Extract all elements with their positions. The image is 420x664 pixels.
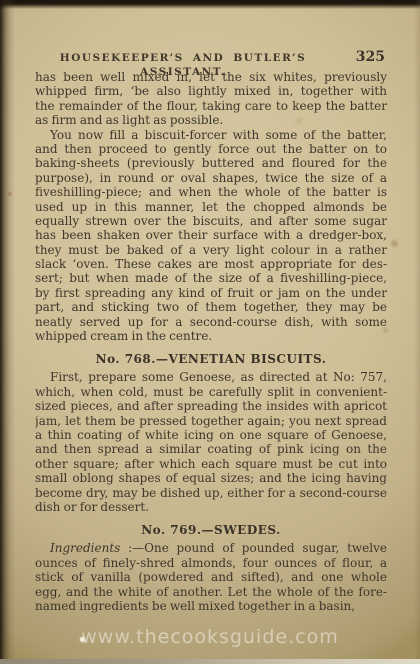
paragraph: has been well mixed in, let the six whit… — [35, 70, 387, 128]
scan-edge-right — [414, 0, 420, 664]
text-line: small oblong shapes of equal sizes; and … — [35, 471, 387, 485]
text-line: jam, let them be pressed together again;… — [35, 414, 387, 428]
recipe-heading: No. 768.—VENETIAN BISCUITS. — [35, 352, 387, 366]
text-line: baking-sheets (previously buttered and f… — [35, 156, 387, 170]
text-line: part, and sticking two of them together,… — [35, 300, 387, 314]
text-line: they must be baked of a very light colou… — [35, 243, 387, 257]
text-line: has been shaken over their surface with … — [35, 228, 387, 242]
paper-stain — [391, 240, 398, 247]
text-line: other square; after which each square mu… — [35, 457, 387, 471]
text-line: dish or for dessert. — [35, 500, 387, 514]
text-line: has been well mixed in, let the six whit… — [35, 70, 387, 84]
text-line: equally strewn over the biscuits, and af… — [35, 214, 387, 228]
text-line: whipped firm, ‘be also lightly mixed in,… — [35, 84, 387, 98]
page-number: 325 — [356, 49, 385, 65]
text-line: become dry, may be dished up, either for… — [35, 486, 387, 500]
text-line: fiveshilling-piece; and when the whole o… — [35, 185, 387, 199]
scan-edge-left — [0, 0, 15, 664]
text-line: as firm and as light as possible. — [35, 113, 387, 127]
text-line: neatly served up for a second-course dis… — [35, 315, 387, 329]
running-header: HOUSEKEEPER’S AND BUTLER’S ASSISTANT. 32… — [35, 51, 387, 65]
text-line: named ingredients be well mixed together… — [35, 599, 387, 613]
text-line: First, prepare some Genoese, as directed… — [35, 370, 387, 384]
text-line: ounces of finely-shred almonds, four oun… — [35, 556, 387, 570]
text-line: sized pieces, and after spreading the in… — [35, 399, 387, 413]
paragraph: First, prepare some Genoese, as directed… — [35, 370, 387, 514]
paper-speck — [80, 637, 85, 642]
text-line: You now fill a biscuit-forcer with some … — [35, 128, 387, 142]
text-line: egg, and the white of another. Let the w… — [35, 585, 387, 599]
text-line: purpose), in round or oval shapes, twice… — [35, 171, 387, 185]
scan-edge-bottom — [0, 659, 420, 664]
text-line: which, when cold, must be carefully spli… — [35, 385, 387, 399]
text-line: sert; but when made of the size of a fiv… — [35, 271, 387, 285]
paragraph: Ingredients :—One pound of pounded sugar… — [35, 541, 387, 613]
text-line: and then spread a similar coating of pin… — [35, 442, 387, 456]
text-line: and then proceed to gently force out the… — [35, 142, 387, 156]
recipe-heading: No. 769.—SWEDES. — [35, 523, 387, 537]
scanned-book-page: HOUSEKEEPER’S AND BUTLER’S ASSISTANT. 32… — [0, 0, 420, 664]
text-line: slack ‘oven. These cakes are most approp… — [35, 257, 387, 271]
watermark-text: www.thecooksguide.com — [0, 626, 420, 648]
text-line: stick of vanilla (powdered and sifted), … — [35, 570, 387, 584]
text-line: a thin coating of white icing on one squ… — [35, 428, 387, 442]
scan-edge-top — [0, 0, 420, 9]
text-line: whipped cream in the centre. — [35, 329, 387, 343]
text-line: the remainder of the flour, taking care … — [35, 99, 387, 113]
text-line: Ingredients :—One pound of pounded sugar… — [35, 541, 387, 555]
text-line: used up in this manner, let the chopped … — [35, 200, 387, 214]
text-line: by first spreading any kind of fruit or … — [35, 286, 387, 300]
paragraph: You now fill a biscuit-forcer with some … — [35, 128, 387, 344]
text-block: has been well mixed in, let the six whit… — [35, 70, 387, 613]
